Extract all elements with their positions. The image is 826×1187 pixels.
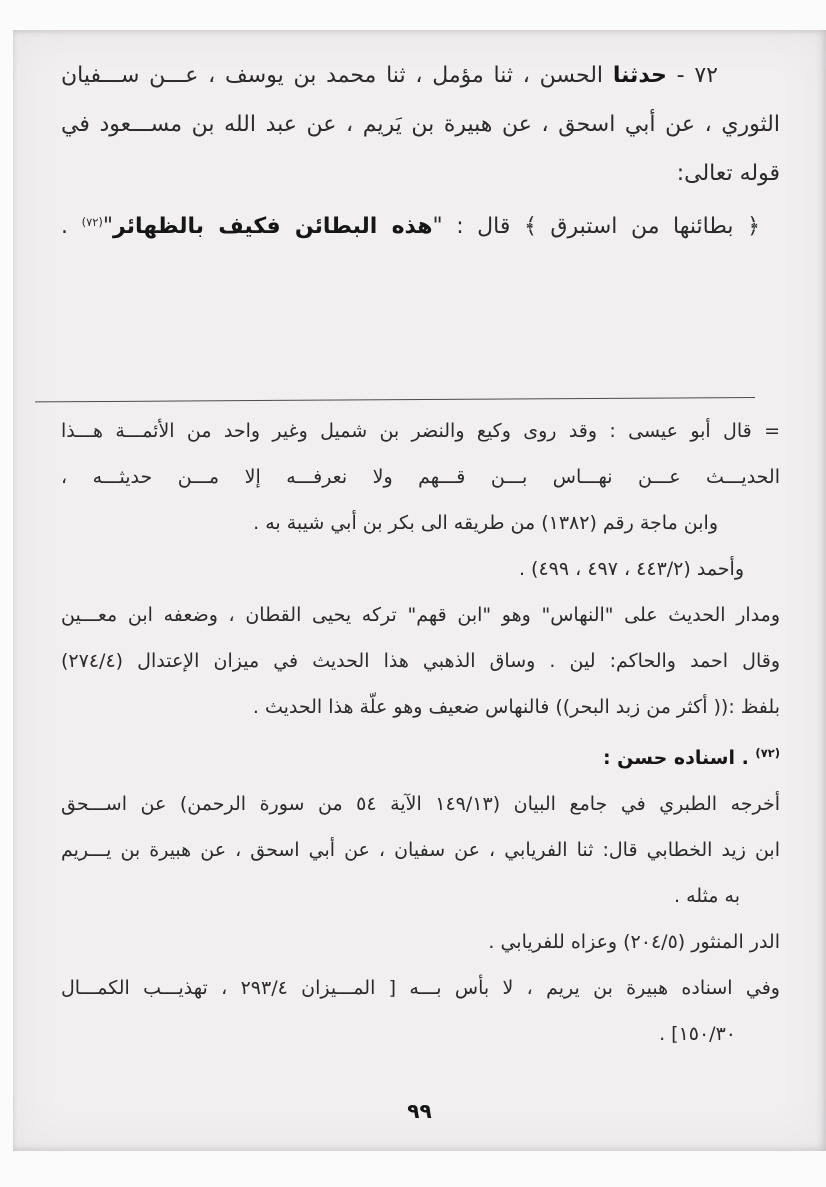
text-line: ٧٢ - حدثنا الحسن ، ثنا مؤمل ، ثنا محمد ب… — [61, 51, 780, 100]
text-segment: أخرجه الطبري في جامع البيان (١٤٩/١٣ الآي… — [61, 793, 780, 815]
text-segment: وابن ماجة رقم (١٣٨٢) من طريقه الى بكر بن… — [253, 512, 718, 534]
footnote-separator — [35, 397, 755, 402]
text-line: (٧٢) . اسناده حسن : — [61, 730, 780, 781]
text-segment: بلفظ :(( أكثر من زبد البحر)) فالنهاس ضعي… — [253, 696, 780, 718]
hadith-text-block: ٧٢ - حدثنا الحسن ، ثنا مؤمل ، ثنا محمد ب… — [61, 51, 780, 251]
text-segment: وأحمد (٤٤٣/٢ ، ٤٩٧ ، ٤٩٩) . — [519, 558, 744, 580]
footnotes-block: = قال أبو عيسى : وقد روى وكيع والنضر بن … — [61, 408, 780, 1057]
text-segment: ابن زيد الخطابي قال: ثنا الفريابي ، عن س… — [61, 839, 780, 861]
text-segment: وقال احمد والحاكم: لين . وساق الذهبي هذا… — [61, 650, 780, 672]
text-segment: ومدار الحديث على "النهاس" وهو "ابن قهم" … — [61, 604, 780, 626]
text-segment: قوله تعالى: — [677, 161, 780, 186]
text-line: ﴿ بطائنها من استبرق ﴾ قال : "هذه البطائن… — [61, 198, 780, 251]
footnote-marker: (٧٢) — [755, 746, 780, 760]
text-line: الحديـــث عـــن نهـــاس بـــن قـــهم ولا… — [61, 454, 780, 500]
text-segment: الثوري ، عن أبي اسحق ، عن هبيرة بن يَريم… — [61, 112, 780, 137]
text-line: ومدار الحديث على "النهاس" وهو "ابن قهم" … — [61, 592, 780, 638]
text-line: بلفظ :(( أكثر من زبد البحر)) فالنهاس ضعي… — [61, 684, 780, 730]
text-line: وابن ماجة رقم (١٣٨٢) من طريقه الى بكر بن… — [61, 500, 780, 546]
text-segment: الحديـــث عـــن نهـــاس بـــن قـــهم ولا… — [61, 466, 780, 488]
text-segment: ١٥٠/٣٠] . — [659, 1023, 736, 1045]
text-segment: هذه البطائن فكيف بالظهائر — [113, 214, 432, 239]
scanned-page: ٧٢ - حدثنا الحسن ، ثنا مؤمل ، ثنا محمد ب… — [13, 30, 826, 1151]
text-segment: اسناده حسن : — [603, 747, 735, 769]
text-line: = قال أبو عيسى : وقد روى وكيع والنضر بن … — [61, 408, 780, 454]
text-segment: الحسن ، ثنا مؤمل ، ثنا محمد بن يوسف ، عـ… — [61, 63, 613, 88]
text-segment: به مثله . — [674, 885, 740, 907]
page-content: ٧٢ - حدثنا الحسن ، ثنا مؤمل ، ثنا محمد ب… — [61, 51, 780, 1057]
footnote-marker: (٧٢) — [82, 215, 103, 229]
text-segment: الدر المنثور (٢٠٤/٥) وعزاه للفريابي . — [488, 931, 780, 953]
text-line: وفي اسناده هبيرة بن يريم ، لا بأس بـــه … — [61, 965, 780, 1011]
text-line: أخرجه الطبري في جامع البيان (١٤٩/١٣ الآي… — [61, 781, 780, 827]
text-segment: = قال أبو عيسى : وقد روى وكيع والنضر بن … — [61, 420, 780, 442]
text-line: ١٥٠/٣٠] . — [61, 1011, 780, 1057]
text-segment: ٧٢ - — [667, 63, 718, 88]
text-segment: . — [61, 214, 82, 239]
text-segment: ﴿ بطائنها من استبرق ﴾ قال : " — [433, 214, 760, 239]
text-segment: وفي اسناده هبيرة بن يريم ، لا بأس بـــه … — [61, 977, 780, 999]
text-line: الدر المنثور (٢٠٤/٥) وعزاه للفريابي . — [61, 919, 780, 965]
text-segment: . — [735, 747, 755, 769]
text-line: وأحمد (٤٤٣/٢ ، ٤٩٧ ، ٤٩٩) . — [61, 546, 780, 592]
text-line: به مثله . — [61, 873, 780, 919]
text-line: وقال احمد والحاكم: لين . وساق الذهبي هذا… — [61, 638, 780, 684]
page-number: ٩٩ — [13, 1099, 826, 1123]
text-line: الثوري ، عن أبي اسحق ، عن هبيرة بن يَريم… — [61, 100, 780, 149]
text-segment: حدثنا — [613, 63, 667, 88]
text-segment: " — [103, 214, 113, 239]
text-line: ابن زيد الخطابي قال: ثنا الفريابي ، عن س… — [61, 827, 780, 873]
text-line: قوله تعالى: — [61, 149, 780, 198]
